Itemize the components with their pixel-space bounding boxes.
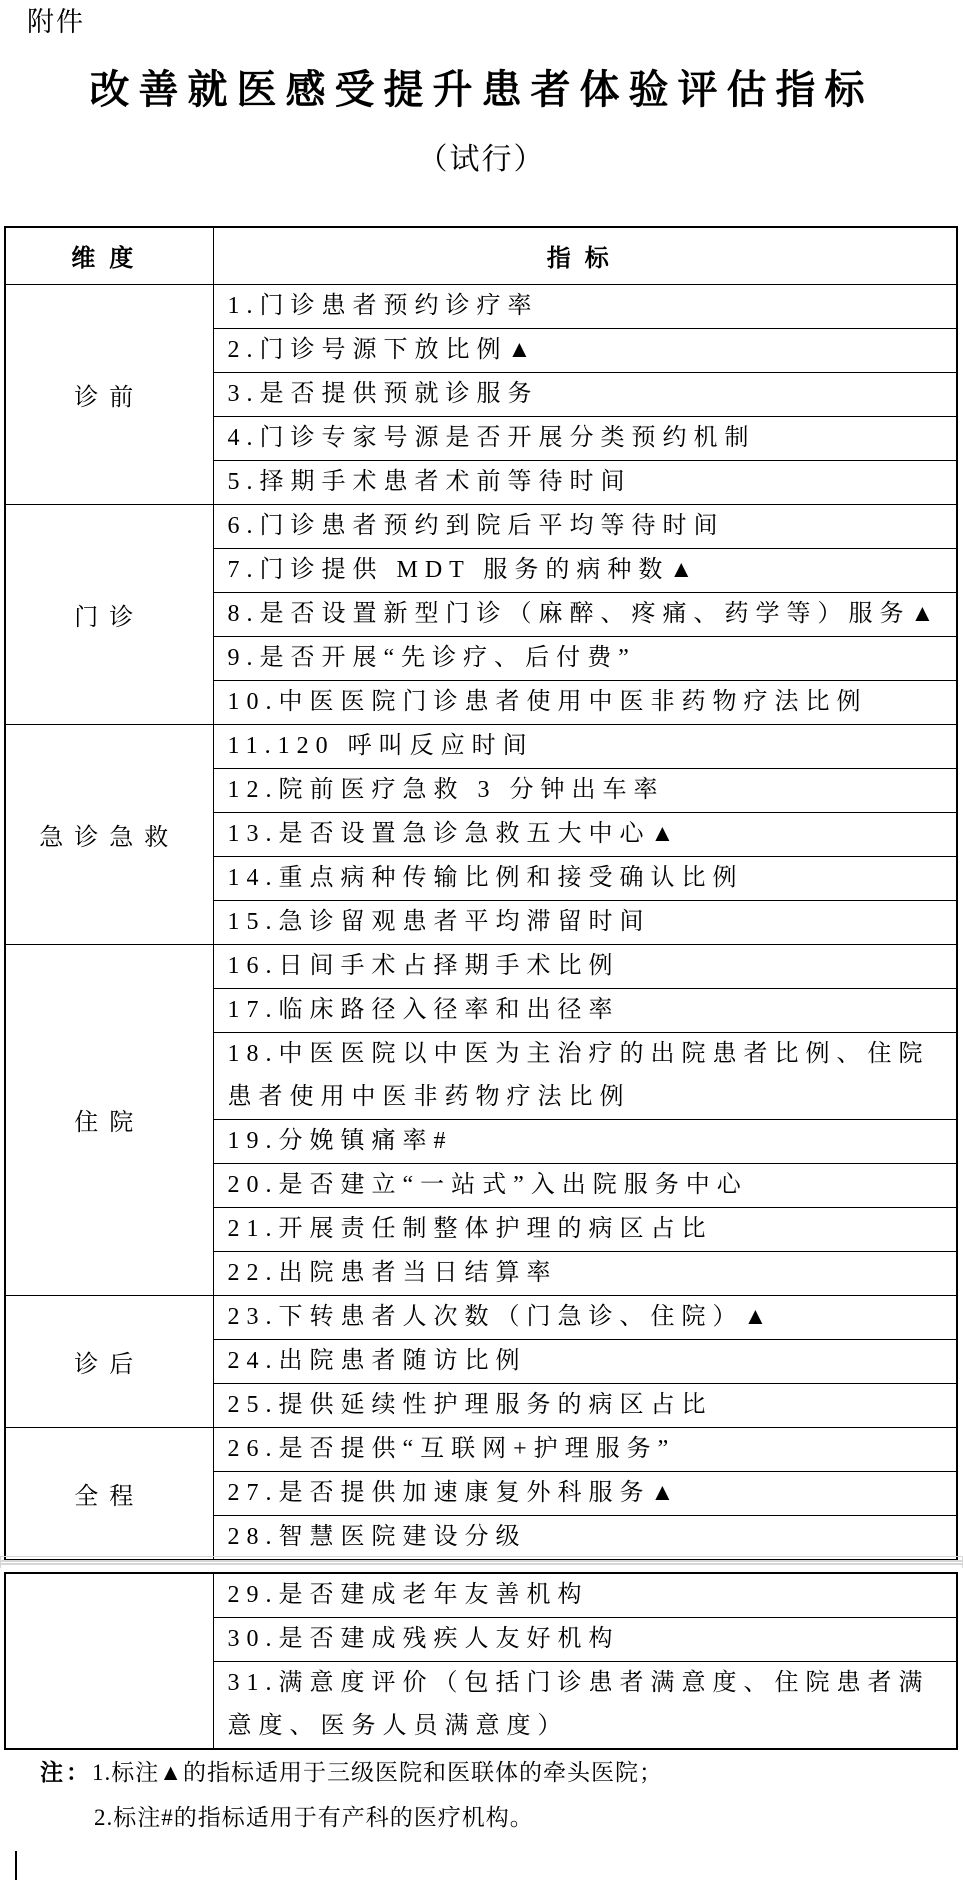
note-line-1: 注：1.标注▲的指标适用于三级医院和医联体的牵头医院； <box>40 1750 940 1795</box>
attachment-label: 附件 <box>27 4 85 40</box>
dimension-cell-pre-visit: 诊前 <box>5 284 213 504</box>
dimension-cell-whole-process: 全程 <box>5 1427 213 1560</box>
indicator-cell: 30.是否建成残疾人友好机构 <box>213 1618 957 1662</box>
indicator-cell: 2.门诊号源下放比例▲ <box>213 328 957 372</box>
indicator-cell: 14.重点病种传输比例和接受确认比例 <box>213 856 957 900</box>
indicators-table: 维度 指标 诊前 1.门诊患者预约诊疗率 2.门诊号源下放比例▲ 3.是否提供预… <box>4 226 958 1561</box>
table-row: 门诊 6.门诊患者预约到院后平均等待时间 <box>5 504 957 548</box>
indicator-cell: 28.智慧医院建设分级 <box>213 1515 957 1560</box>
dimension-cell-emergency: 急诊急救 <box>5 724 213 944</box>
indicator-cell: 18.中医医院以中医为主治疗的出院患者比例、住院患者使用中医非药物疗法比例 <box>213 1032 957 1119</box>
table-row: 诊后 23.下转患者人次数（门急诊、住院）▲ <box>5 1295 957 1339</box>
dimension-cell-outpatient: 门诊 <box>5 504 213 724</box>
indicator-cell: 12.院前医疗急救 3 分钟出车率 <box>213 768 957 812</box>
indicator-cell: 29.是否建成老年友善机构 <box>213 1573 957 1618</box>
table-row: 急诊急救 11.120 呼叫反应时间 <box>5 724 957 768</box>
indicator-cell: 16.日间手术占择期手术比例 <box>213 944 957 988</box>
indicator-cell: 4.门诊专家号源是否开展分类预约机制 <box>213 416 957 460</box>
indicator-cell: 17.临床路径入径率和出径率 <box>213 988 957 1032</box>
table-row: 诊前 1.门诊患者预约诊疗率 <box>5 284 957 328</box>
indicator-cell: 27.是否提供加速康复外科服务▲ <box>213 1471 957 1515</box>
note-text: 2.标注#的指标适用于有产科的医疗机构。 <box>94 1805 534 1830</box>
indicator-cell: 7.门诊提供 MDT 服务的病种数▲ <box>213 548 957 592</box>
indicator-cell: 21.开展责任制整体护理的病区占比 <box>213 1207 957 1251</box>
page-subtitle: （试行） <box>0 140 963 180</box>
indicator-cell: 6.门诊患者预约到院后平均等待时间 <box>213 504 957 548</box>
indicator-cell: 22.出院患者当日结算率 <box>213 1251 957 1295</box>
dimension-cell-post-visit: 诊后 <box>5 1295 213 1427</box>
indicator-cell: 11.120 呼叫反应时间 <box>213 724 957 768</box>
table-row: 29.是否建成老年友善机构 <box>5 1573 957 1618</box>
dimension-cell-inpatient: 住院 <box>5 944 213 1295</box>
indicator-cell: 26.是否提供“互联网+护理服务” <box>213 1427 957 1471</box>
indicator-cell: 24.出院患者随访比例 <box>213 1339 957 1383</box>
indicator-cell: 5.择期手术患者术前等待时间 <box>213 460 957 504</box>
table-row: 全程 26.是否提供“互联网+护理服务” <box>5 1427 957 1471</box>
note-text: 1.标注▲的指标适用于三级医院和医联体的牵头医院； <box>92 1760 663 1785</box>
page-title: 改善就医感受提升患者体验评估指标 <box>0 64 963 116</box>
note-label: 注： <box>40 1760 92 1785</box>
document-page[interactable]: 附件 改善就医感受提升患者体验评估指标 （试行） 维度 指标 诊前 1.门诊患者… <box>0 0 963 1895</box>
notes-section: 注：1.标注▲的指标适用于三级医院和医联体的牵头医院； 2.标注#的指标适用于有… <box>40 1750 940 1840</box>
table-row: 住院 16.日间手术占择期手术比例 <box>5 944 957 988</box>
indicator-cell: 1.门诊患者预约诊疗率 <box>213 284 957 328</box>
indicator-cell: 25.提供延续性护理服务的病区占比 <box>213 1383 957 1427</box>
indicator-cell: 20.是否建立“一站式”入出院服务中心 <box>213 1163 957 1207</box>
indicator-cell: 19.分娩镇痛率# <box>213 1119 957 1163</box>
dimension-cell-empty <box>5 1573 213 1749</box>
indicator-cell: 3.是否提供预就诊服务 <box>213 372 957 416</box>
indicator-cell: 9.是否开展“先诊疗、后付费” <box>213 636 957 680</box>
indicator-cell: 10.中医医院门诊患者使用中医非药物疗法比例 <box>213 680 957 724</box>
indicator-cell: 8.是否设置新型门诊（麻醉、疼痛、药学等）服务▲ <box>213 592 957 636</box>
indicator-cell: 13.是否设置急诊急救五大中心▲ <box>213 812 957 856</box>
table-header-row: 维度 指标 <box>5 227 957 284</box>
note-line-2: 2.标注#的指标适用于有产科的医疗机构。 <box>94 1795 940 1840</box>
continuation-table: 29.是否建成老年友善机构 30.是否建成残疾人友好机构 31.满意度评价（包括… <box>4 1572 958 1750</box>
indicator-cell: 15.急诊留观患者平均滞留时间 <box>213 900 957 944</box>
page-break-band <box>0 1556 963 1568</box>
indicator-cell: 31.满意度评价（包括门诊患者满意度、住院患者满意度、医务人员满意度） <box>213 1662 957 1750</box>
col-header-indicator: 指标 <box>213 227 957 284</box>
col-header-dimension: 维度 <box>5 227 213 284</box>
text-cursor <box>15 1851 17 1880</box>
indicator-cell: 23.下转患者人次数（门急诊、住院）▲ <box>213 1295 957 1339</box>
page-break-line <box>1 1560 963 1565</box>
